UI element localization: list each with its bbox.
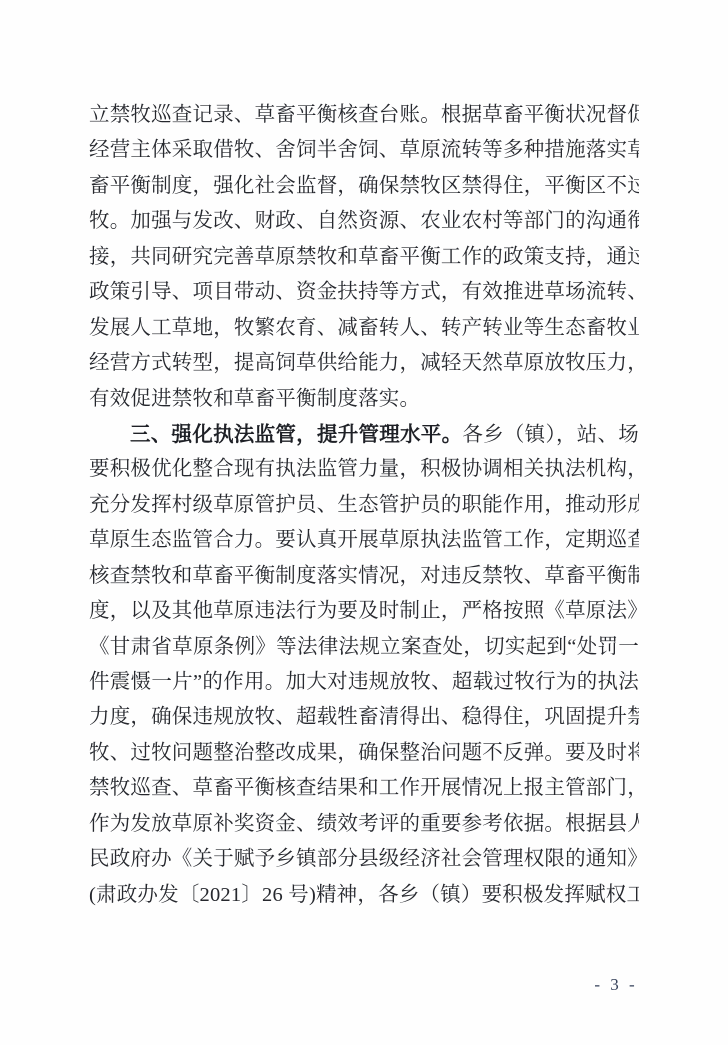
- line-text: 接，共同研究完善草原禁牧和草畜平衡工作的政策支持，通过: [89, 246, 639, 268]
- line-text: 件震慑一片”的作用。加大对违规放牧、超载过牧行为的执法: [89, 671, 639, 693]
- text-line: 牧、过牧问题整治整改成果，确保整治问题不反弹。要及时将: [89, 736, 639, 771]
- text-line: 要积极优化整合现有执法监管力量，积极协调相关执法机构，: [89, 452, 639, 487]
- text-line: 牧。加强与发改、财政、自然资源、农业农村等部门的沟通衔: [89, 204, 639, 239]
- section-heading: 三、强化执法监管，提升管理水平。: [130, 423, 462, 446]
- text-line: 畜平衡制度，强化社会监督，确保禁牧区禁得住，平衡区不过: [89, 169, 639, 204]
- line-text: 经营主体采取借牧、舍饲半舍饲、草原流转等多种措施落实草: [89, 139, 639, 161]
- text-line: 有效促进禁牧和草畜平衡制度落实。: [89, 382, 639, 417]
- line-text: 度，以及其他草原违法行为要及时制止，严格按照《草原法》: [89, 600, 639, 622]
- document-page: 立禁牧巡查记录、草畜平衡核查台账。根据草畜平衡状况督促经营主体采取借牧、舍饲半舍…: [0, 0, 728, 1045]
- line-text: 政策引导、项目带动、资金扶持等方式，有效推进草场流转、: [89, 281, 639, 303]
- line-text: 充分发挥村级草原管护员、生态管护员的职能作用，推动形成: [89, 494, 639, 516]
- document-body: 立禁牧巡查记录、草畜平衡核查台账。根据草畜平衡状况督促经营主体采取借牧、舍饲半舍…: [89, 98, 639, 913]
- line-text: 力度，确保违规放牧、超载牲畜清得出、稳得住，巩固提升禁: [89, 706, 639, 728]
- line-text: (肃政办发〔2021〕26 号)精神，各乡（镇）要积极发挥赋权工: [89, 884, 639, 906]
- text-line: 政策引导、项目带动、资金扶持等方式，有效推进草场流转、: [89, 275, 639, 310]
- line-text: 各乡（镇），站、场: [462, 424, 639, 446]
- text-line: 《甘肃省草原条例》等法律法规立案查处，切实起到“处罚一: [89, 630, 639, 665]
- text-line: 三、强化执法监管，提升管理水平。各乡（镇），站、场: [89, 417, 639, 452]
- text-line: 禁牧巡查、草畜平衡核查结果和工作开展情况上报主管部门，: [89, 771, 639, 806]
- text-line: 作为发放草原补奖资金、绩效考评的重要参考依据。根据县人: [89, 807, 639, 842]
- text-line: 核查禁牧和草畜平衡制度落实情况，对违反禁牧、草畜平衡制: [89, 559, 639, 594]
- text-line: 草原生态监管合力。要认真开展草原执法监管工作，定期巡查: [89, 523, 639, 558]
- line-text: 牧、过牧问题整治整改成果，确保整治问题不反弹。要及时将: [89, 742, 639, 764]
- line-text: 禁牧巡查、草畜平衡核查结果和工作开展情况上报主管部门，: [89, 777, 639, 799]
- text-line: 发展人工草地，牧繁农育、减畜转人、转产转业等生态畜牧业: [89, 311, 639, 346]
- page-number: - 3 -: [578, 975, 654, 995]
- line-text: 民政府办《关于赋予乡镇部分县级经济社会管理权限的通知》: [89, 848, 639, 870]
- line-text: 草原生态监管合力。要认真开展草原执法监管工作，定期巡查: [89, 529, 639, 551]
- text-line: 件震慑一片”的作用。加大对违规放牧、超载过牧行为的执法: [89, 665, 639, 700]
- line-text: 畜平衡制度，强化社会监督，确保禁牧区禁得住，平衡区不过: [89, 175, 639, 197]
- line-text: 经营方式转型，提高饲草供给能力，减轻天然草原放牧压力，: [89, 352, 639, 374]
- text-line: 民政府办《关于赋予乡镇部分县级经济社会管理权限的通知》: [89, 842, 639, 877]
- line-text: 作为发放草原补奖资金、绩效考评的重要参考依据。根据县人: [89, 813, 639, 835]
- text-line: 力度，确保违规放牧、超载牲畜清得出、稳得住，巩固提升禁: [89, 700, 639, 735]
- line-text: 有效促进禁牧和草畜平衡制度落实。: [89, 388, 420, 410]
- text-line: 立禁牧巡查记录、草畜平衡核查台账。根据草畜平衡状况督促: [89, 98, 639, 133]
- text-line: 接，共同研究完善草原禁牧和草畜平衡工作的政策支持，通过: [89, 240, 639, 275]
- line-text: 立禁牧巡查记录、草畜平衡核查台账。根据草畜平衡状况督促: [89, 104, 639, 126]
- text-line: 充分发挥村级草原管护员、生态管护员的职能作用，推动形成: [89, 488, 639, 523]
- line-text: 发展人工草地，牧繁农育、减畜转人、转产转业等生态畜牧业: [89, 317, 639, 339]
- text-line: 经营主体采取借牧、舍饲半舍饲、草原流转等多种措施落实草: [89, 133, 639, 168]
- text-line: 度，以及其他草原违法行为要及时制止，严格按照《草原法》: [89, 594, 639, 629]
- line-text: 核查禁牧和草畜平衡制度落实情况，对违反禁牧、草畜平衡制: [89, 565, 639, 587]
- text-line: (肃政办发〔2021〕26 号)精神，各乡（镇）要积极发挥赋权工: [89, 878, 639, 913]
- text-line: 经营方式转型，提高饲草供给能力，减轻天然草原放牧压力，: [89, 346, 639, 381]
- line-text: 《甘肃省草原条例》等法律法规立案查处，切实起到“处罚一: [89, 636, 639, 658]
- line-text: 要积极优化整合现有执法监管力量，积极协调相关执法机构，: [89, 458, 639, 480]
- line-text: 牧。加强与发改、财政、自然资源、农业农村等部门的沟通衔: [89, 210, 639, 232]
